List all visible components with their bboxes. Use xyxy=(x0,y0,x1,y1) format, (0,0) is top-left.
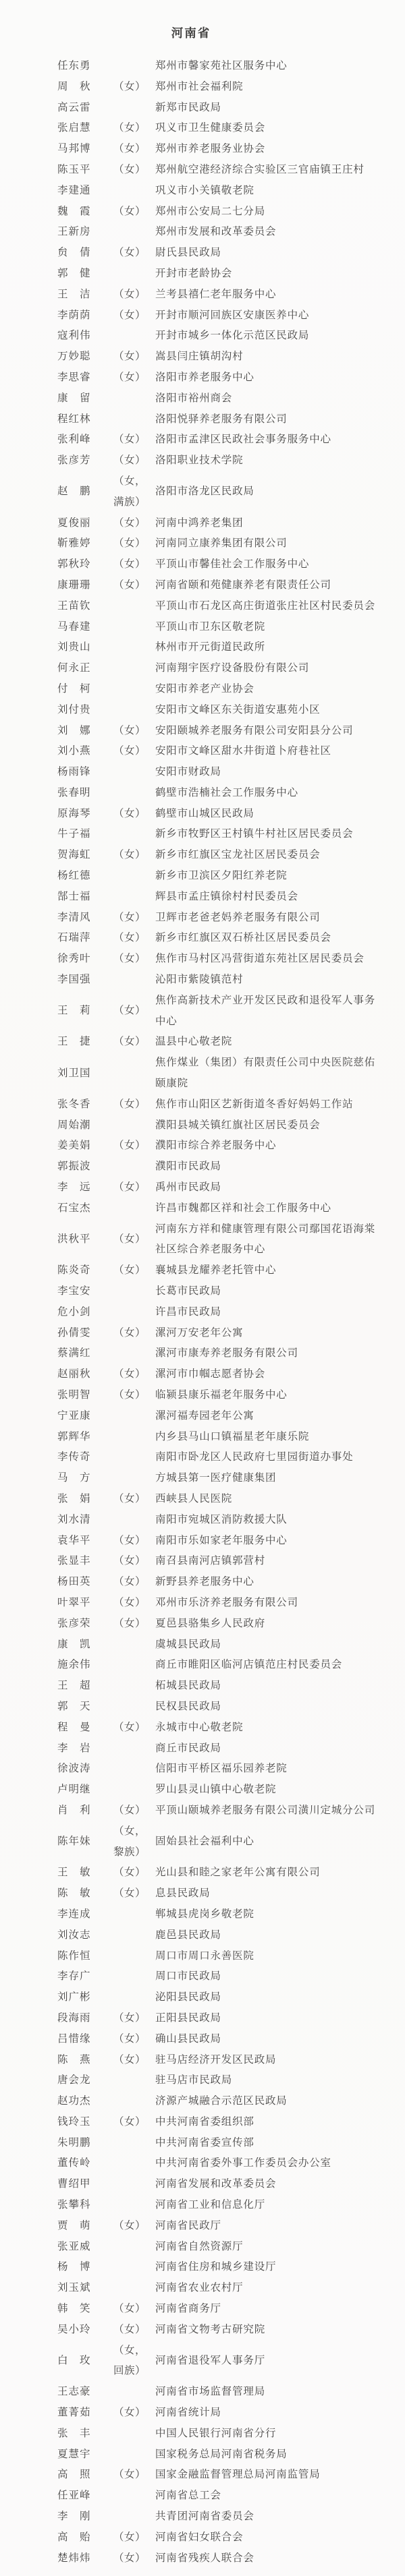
awardee-name: 靳雅婷 xyxy=(57,533,113,554)
awardee-name: 叶翠平 xyxy=(57,1593,113,1614)
awardee-name: 张彦芳 xyxy=(57,450,113,471)
awardee-row: 李传奇 南阳市卧龙区人民政府七里园街道办事处 xyxy=(57,1447,391,1468)
awardee-row: 杨 博 河南省住房和城乡建设厅 xyxy=(57,2257,391,2278)
awardee-row: 赵功杰 济源产城融合示范区民政局 xyxy=(57,2091,391,2112)
awardee-row: 张 娟 （女） 西峡县人民医院 xyxy=(57,1489,391,1510)
awardee-row: 高云雷 新郑市民政局 xyxy=(57,98,391,119)
gender-ethnicity-note: （女） xyxy=(113,450,155,471)
gender-ethnicity-note: （女） xyxy=(113,2299,155,2320)
awardee-name: 姜美娟 xyxy=(57,1136,113,1157)
awardee-name: 袁华平 xyxy=(57,1531,113,1552)
gender-ethnicity-note: （女） xyxy=(113,1883,155,1904)
awardee-org: 河南省市场监督管理局 xyxy=(155,2382,381,2403)
awardee-row: 吕惜缘 （女） 确山县民政局 xyxy=(57,2029,391,2050)
awardee-org: 安阳市文峰区东关街道安惠苑小区 xyxy=(155,700,381,721)
gender-ethnicity-note: （女） xyxy=(113,1863,155,1883)
gender-ethnicity-note: （女） xyxy=(113,1032,155,1053)
awardee-name: 张启慧 xyxy=(57,118,113,139)
awardee-org: 开封市顺河回族区安康医养中心 xyxy=(155,305,381,326)
awardee-org: 长葛市民政局 xyxy=(155,1281,381,1302)
awardee-org: 许昌市魏都区祥和社会工作服务中心 xyxy=(155,1198,381,1219)
awardee-row: 曹绍甲 河南省发展和改革委员会 xyxy=(57,2174,391,2195)
gender-ethnicity-note: （女） xyxy=(113,1489,155,1510)
gender-ethnicity-note: （女） xyxy=(113,118,155,139)
awardee-row: 钱玲玉 （女） 中共河南省委组织部 xyxy=(57,2112,391,2133)
awardee-org: 河南同立康养集团有限公司 xyxy=(155,533,381,554)
awardee-org: 中国人民银行河南省分行 xyxy=(155,2424,381,2445)
awardee-org: 罗山县灵山镇中心敬老院 xyxy=(155,1780,381,1801)
awardee-org: 郑州航空港经济综合实验区三官庙镇王庄村 xyxy=(155,160,381,181)
awardee-org: 平顶山市石龙区高庄街道张庄社区村民委员会 xyxy=(155,596,381,617)
awardee-name: 郭秋玲 xyxy=(57,554,113,575)
awardee-name: 肖 利 xyxy=(57,1801,113,1821)
awardee-row: 段海雨 （女） 正阳县民政局 xyxy=(57,2008,391,2029)
awardee-row: 张彦芳 （女） 洛阳职业技术学院 xyxy=(57,450,391,471)
awardee-row: 刘玉斌 河南省农业农村厅 xyxy=(57,2278,391,2299)
awardee-name: 郜士福 xyxy=(57,887,113,908)
gender-ethnicity-note: （女） xyxy=(113,368,155,388)
awardee-name: 张攀科 xyxy=(57,2195,113,2216)
awardee-row: 马春建 平顶山市卫东区敬老院 xyxy=(57,617,391,638)
gender-ethnicity-note: （女） xyxy=(113,1001,155,1022)
awardee-row: 陈玉平 （女） 郑州航空港经济综合实验区三官庙镇王庄村 xyxy=(57,160,391,181)
awardee-name: 石宝杰 xyxy=(57,1198,113,1219)
awardee-row: 李连成 郸城县虎岗乡敬老院 xyxy=(57,1904,391,1925)
awardee-row: 张 丰 中国人民银行河南省分行 xyxy=(57,2424,391,2445)
awardee-org: 郸城县虎岗乡敬老院 xyxy=(155,1904,381,1925)
awardee-org: 平顶山市卫东区敬老院 xyxy=(155,617,381,638)
awardee-row: 贾 萌 （女） 河南省民政厅 xyxy=(57,2216,391,2237)
awardee-name: 蔡满红 xyxy=(57,1343,113,1364)
awardee-org: 郑州市馨家苑社区服务中心 xyxy=(155,56,381,77)
awardee-name: 康 凯 xyxy=(57,1635,113,1656)
awardee-row: 康 留 洛阳市裕州商会 xyxy=(57,388,391,409)
awardee-org: 驻马店市民政局 xyxy=(155,2070,381,2091)
awardee-org: 河南省住房和城乡建设厅 xyxy=(155,2257,381,2278)
gender-ethnicity-note: （女） xyxy=(113,243,155,264)
awardee-org: 焦作高新技术产业开发区民政和退役军人事务中心 xyxy=(155,991,381,1032)
awardee-org: 郑州市社会福利院 xyxy=(155,77,381,98)
awardee-name: 康 留 xyxy=(57,388,113,409)
awardee-name: 贠 倩 xyxy=(57,243,113,264)
gender-ethnicity-note: （女） xyxy=(113,2029,155,2050)
awardee-name: 郭振波 xyxy=(57,1157,113,1177)
awardee-row: 蔡满红 漯河市康寿养老服务有限公司 xyxy=(57,1343,391,1364)
gender-ethnicity-note: （女） xyxy=(113,160,155,181)
awardee-name: 原海琴 xyxy=(57,804,113,825)
awardee-org: 河南翔宇医疗设备股份有限公司 xyxy=(155,658,381,679)
awardee-row: 郭 天 民权县民政局 xyxy=(57,1697,391,1718)
awardee-org: 开封市老龄协会 xyxy=(155,264,381,285)
awardee-org: 河南省民政厅 xyxy=(155,2216,381,2237)
awardee-org: 洛阳市养老服务中心 xyxy=(155,368,381,388)
awardee-org: 中共河南省委宣传部 xyxy=(155,2133,381,2154)
awardee-name: 周 秋 xyxy=(57,77,113,98)
awardee-org: 临颍县康乐福老年服务中心 xyxy=(155,1385,381,1406)
awardee-name: 郭辉华 xyxy=(57,1427,113,1448)
awardee-name: 陈炎奇 xyxy=(57,1260,113,1281)
awardee-row: 白 玫 （女， 回族） 河南省退役军人事务厅 xyxy=(57,2341,391,2382)
awardee-row: 陈作恒 周口市周口永善医院 xyxy=(57,1946,391,1967)
gender-ethnicity-note: （女） xyxy=(113,1323,155,1344)
awardee-org: 邓州市乐济养老服务有限公司 xyxy=(155,1593,381,1614)
awardee-row: 郭振波 濮阳市民政局 xyxy=(57,1157,391,1177)
awardee-name: 王 莉 xyxy=(57,1001,113,1022)
awardee-name: 王 洁 xyxy=(57,285,113,305)
awardee-org: 夏邑县骆集乡人民政府 xyxy=(155,1614,381,1635)
awardee-org: 中共河南省委组织部 xyxy=(155,2112,381,2133)
awardee-name: 陈年妹 xyxy=(57,1832,113,1852)
awardee-name: 杨红德 xyxy=(57,866,113,887)
awardee-org: 河南省颐和苑健康养老有限责任公司 xyxy=(155,575,381,596)
document-page: 河南省 任东勇 郑州市馨家苑社区服务中心 周 秋 （女） 郑州市社会福利院 高云… xyxy=(0,0,405,2576)
awardee-row: 朱明鹏 中共河南省委宣传部 xyxy=(57,2133,391,2154)
awardee-row: 付 柯 安阳市养老产业协会 xyxy=(57,679,391,700)
gender-ethnicity-note: （女） xyxy=(113,430,155,450)
awardee-org: 郑州市养老服务业协会 xyxy=(155,139,381,160)
awardee-org: 南阳市卧龙区人民政府七里园街道办事处 xyxy=(155,1447,381,1468)
awardee-org: 安阳颐城养老服务有限公司安阳县分公司 xyxy=(155,721,381,742)
awardee-name: 张春明 xyxy=(57,783,113,804)
awardee-org: 新乡市卫滨区夕阳红养老院 xyxy=(155,866,381,887)
awardee-row: 杨红德 新乡市卫滨区夕阳红养老院 xyxy=(57,866,391,887)
gender-ethnicity-note: （女） xyxy=(113,908,155,929)
awardee-name: 寇利伟 xyxy=(57,326,113,347)
awardee-name: 张 丰 xyxy=(57,2424,113,2445)
awardee-org: 漯河福寿园老年公寓 xyxy=(155,1406,381,1427)
awardee-row: 周始潮 濮阳县城关镇红旗社区居民委员会 xyxy=(57,1115,391,1136)
awardee-org: 周口市周口永善医院 xyxy=(155,1946,381,1967)
awardee-row: 寇利伟 开封市城乡一体化示范区民政局 xyxy=(57,326,391,347)
awardee-name: 卢明继 xyxy=(57,1780,113,1801)
awardee-org: 濮阳县城关镇红旗社区居民委员会 xyxy=(155,1115,381,1136)
gender-ethnicity-note: （女） xyxy=(113,1229,155,1250)
awardee-name: 吕惜缘 xyxy=(57,2029,113,2050)
awardee-org: 新野县养老服务中心 xyxy=(155,1572,381,1593)
awardee-name: 程 曼 xyxy=(57,1718,113,1738)
awardee-row: 李荫荫 （女） 开封市顺河回族区安康医养中心 xyxy=(57,305,391,326)
awardee-row: 卢明继 罗山县灵山镇中心敬老院 xyxy=(57,1780,391,1801)
awardee-org: 辉县市孟庄镇徐村村民委员会 xyxy=(155,887,381,908)
awardee-name: 刘 娜 xyxy=(57,721,113,742)
gender-ethnicity-note: （女） xyxy=(113,1801,155,1821)
gender-ethnicity-note: （女） xyxy=(113,1364,155,1385)
awardee-row: 刘贵山 林州市开元街道民政所 xyxy=(57,637,391,658)
awardee-name: 杨 博 xyxy=(57,2257,113,2278)
awardee-row: 万妙聪 （女） 嵩县闫庄镇胡沟村 xyxy=(57,347,391,368)
awardee-org: 许昌市民政局 xyxy=(155,1302,381,1323)
awardee-org: 濮阳市综合养老服务中心 xyxy=(155,1136,381,1157)
awardee-row: 刘汝志 鹿邑县民政局 xyxy=(57,1925,391,1946)
awardee-row: 孙倩雯 （女） 漯河万安老年公寓 xyxy=(57,1323,391,1344)
awardee-org: 河南省妇女联合会 xyxy=(155,2527,381,2548)
awardee-name: 曹绍甲 xyxy=(57,2174,113,2195)
awardee-name: 赵 鹏 xyxy=(57,481,113,502)
gender-ethnicity-note: （女） xyxy=(113,2050,155,2071)
awardee-row: 张显丰 （女） 南召县南河店镇郭营村 xyxy=(57,1551,391,1572)
awardee-name: 段海雨 xyxy=(57,2008,113,2029)
awardee-name: 程红林 xyxy=(57,409,113,430)
awardee-org: 焦作煤业（集团）有限责任公司中央医院慈佑颐康院 xyxy=(155,1053,381,1094)
gender-ethnicity-note: （女） xyxy=(113,1593,155,1614)
awardee-row: 郭秋玲 （女） 平顶山市馨佳社会工作服务中心 xyxy=(57,554,391,575)
awardee-name: 刘玉斌 xyxy=(57,2278,113,2299)
awardee-row: 李国强 沁阳市紫陵镇范村 xyxy=(57,970,391,991)
awardee-name: 刘付贵 xyxy=(57,700,113,721)
awardee-row: 洪秋平 （女） 河南东方祥和健康管理有限公司鄢国花语海棠社区综合养老服务中心 xyxy=(57,1219,391,1261)
awardee-name: 高云雷 xyxy=(57,98,113,119)
awardee-row: 张冬香 （女） 焦作市山阳区艺新街道冬香好妈妈工作站 xyxy=(57,1094,391,1115)
awardee-row: 王 莉 （女） 焦作高新技术产业开发区民政和退役军人事务中心 xyxy=(57,991,391,1032)
awardee-org: 河南省发展和改革委员会 xyxy=(155,2174,381,2195)
awardee-org: 鹤壁市浩楠社会工作服务中心 xyxy=(155,783,381,804)
awardee-row: 王苗钦 平顶山市石龙区高庄街道张庄社区村民委员会 xyxy=(57,596,391,617)
awardee-org: 河南中鸿养老集团 xyxy=(155,513,381,534)
awardee-name: 张亚威 xyxy=(57,2237,113,2258)
awardee-name: 王志豪 xyxy=(57,2382,113,2403)
awardee-org: 国家税务总局河南省税务局 xyxy=(155,2445,381,2465)
awardee-name: 王新房 xyxy=(57,222,113,243)
awardee-name: 李 岩 xyxy=(57,1738,113,1759)
awardee-row: 韩 笑 （女） 河南省商务厅 xyxy=(57,2299,391,2320)
gender-ethnicity-note: （女） xyxy=(113,949,155,970)
awardee-org: 虞城县民政局 xyxy=(155,1635,381,1656)
gender-ethnicity-note: （女） xyxy=(113,2465,155,2486)
awardee-name: 李连成 xyxy=(57,1904,113,1925)
awardee-row: 宁亚康 漯河福寿园老年公寓 xyxy=(57,1406,391,1427)
awardee-org: 河南省统计局 xyxy=(155,2403,381,2424)
awardee-name: 郭 天 xyxy=(57,1697,113,1718)
awardee-org: 息县民政局 xyxy=(155,1883,381,1904)
awardee-name: 吴小玲 xyxy=(57,2320,113,2341)
awardee-org: 鹿邑县民政局 xyxy=(155,1925,381,1946)
awardee-name: 王 捷 xyxy=(57,1032,113,1053)
awardee-row: 康 凯 虞城县民政局 xyxy=(57,1635,391,1656)
awardee-org: 内乡县马山口镇福星老年康乐院 xyxy=(155,1427,381,1448)
awardee-row: 牛子福 新乡市牧野区王村镇牛村社区居民委员会 xyxy=(57,824,391,845)
awardee-row: 董菁茹 （女） 河南省统计局 xyxy=(57,2403,391,2424)
awardee-name: 李清风 xyxy=(57,908,113,929)
awardee-org: 郑州市发展和改革委员会 xyxy=(155,222,381,243)
awardee-row: 原海琴 （女） 鹤壁市山城区民政局 xyxy=(57,804,391,825)
awardee-name: 刘卫国 xyxy=(57,1063,113,1084)
awardee-name: 唐会龙 xyxy=(57,2070,113,2091)
gender-ethnicity-note: （女） xyxy=(113,1531,155,1552)
gender-ethnicity-note: （女） xyxy=(113,845,155,866)
awardee-name: 陈 燕 xyxy=(57,2050,113,2071)
awardee-name: 刘广彬 xyxy=(57,1987,113,2008)
awardee-org: 信阳市平桥区福乐园养老院 xyxy=(155,1759,381,1780)
awardee-row: 夏俊丽 （女） 河南中鸿养老集团 xyxy=(57,513,391,534)
awardee-org: 南阳市宛城区消防救援大队 xyxy=(155,1510,381,1531)
awardee-row: 李建通 巩义市小关镇敬老院 xyxy=(57,181,391,202)
awardee-name: 张 娟 xyxy=(57,1489,113,1510)
awardee-row: 程 曼 （女） 永城市中心敬老院 xyxy=(57,1718,391,1738)
awardee-name: 朱明鹏 xyxy=(57,2133,113,2154)
gender-ethnicity-note: （女） xyxy=(113,928,155,949)
awardee-name: 任东勇 xyxy=(57,56,113,77)
awardee-org: 巩义市卫生健康委员会 xyxy=(155,118,381,139)
awardee-org: 中共河南省委外事工作委员会办公室 xyxy=(155,2153,381,2174)
awardee-row: 贠 倩 （女） 尉氏县民政局 xyxy=(57,243,391,264)
awardee-org: 洛阳市裕州商会 xyxy=(155,388,381,409)
awardee-org: 永城市中心敬老院 xyxy=(155,1718,381,1738)
awardee-name: 马邦博 xyxy=(57,139,113,160)
gender-ethnicity-note: （女， 黎族） xyxy=(113,1821,155,1863)
awardee-org: 安阳市文峰区甜水井街道卜府巷社区 xyxy=(155,741,381,762)
gender-ethnicity-note: （女） xyxy=(113,2008,155,2029)
gender-ethnicity-note: （女， 回族） xyxy=(113,2341,155,2382)
awardee-name: 刘水清 xyxy=(57,1510,113,1531)
awardee-org: 商丘市睢阳区临河店镇范庄村民委员会 xyxy=(155,1655,381,1676)
awardee-name: 董菁茹 xyxy=(57,2403,113,2424)
awardee-row: 姜美娟 （女） 濮阳市综合养老服务中心 xyxy=(57,1136,391,1157)
gender-ethnicity-note: （女） xyxy=(113,741,155,762)
awardee-row: 李 远 （女） 禹州市民政局 xyxy=(57,1177,391,1198)
awardee-row: 刘卫国 焦作煤业（集团）有限责任公司中央医院慈佑颐康院 xyxy=(57,1053,391,1094)
awardee-name: 楚炜炜 xyxy=(57,2548,113,2569)
awardee-org: 河南省自然资源厅 xyxy=(155,2237,381,2258)
awardee-row: 马 方 方城县第一医疗健康集团 xyxy=(57,1468,391,1489)
awardee-org: 国家金融监督管理总局河南监管局 xyxy=(155,2465,381,2486)
awardee-name: 魏 霞 xyxy=(57,202,113,223)
awardee-org: 漯河万安老年公寓 xyxy=(155,1323,381,1344)
awardee-row: 肖 利 （女） 平顶山颐城养老服务有限公司潢川定城分公司 xyxy=(57,1801,391,1821)
awardee-name: 牛子福 xyxy=(57,824,113,845)
awardee-org: 焦作市马村区冯营街道东苑社区居民委员会 xyxy=(155,949,381,970)
gender-ethnicity-note: （女） xyxy=(113,1260,155,1281)
gender-ethnicity-note: （女） xyxy=(113,721,155,742)
awardee-name: 周始潮 xyxy=(57,1115,113,1136)
awardee-org: 开封市城乡一体化示范区民政局 xyxy=(155,326,381,347)
gender-ethnicity-note: （女） xyxy=(113,1551,155,1572)
awardee-name: 王 敏 xyxy=(57,1863,113,1883)
awardee-row: 郭辉华 内乡县马山口镇福星老年康乐院 xyxy=(57,1427,391,1448)
awardee-row: 程红林 洛阳悦驿养老服务有限公司 xyxy=(57,409,391,430)
awardee-row: 赵 鹏 （女， 满族） 洛阳市洛龙区民政局 xyxy=(57,471,391,513)
awardee-name: 付 柯 xyxy=(57,679,113,700)
gender-ethnicity-note: （女） xyxy=(113,533,155,554)
awardee-row: 李思睿 （女） 洛阳市养老服务中心 xyxy=(57,368,391,388)
awardee-row: 张启慧 （女） 巩义市卫生健康委员会 xyxy=(57,118,391,139)
awardee-org: 沁阳市紫陵镇范村 xyxy=(155,970,381,991)
awardee-org: 林州市开元街道民政所 xyxy=(155,637,381,658)
awardee-row: 靳雅婷 （女） 河南同立康养集团有限公司 xyxy=(57,533,391,554)
awardee-name: 夏慧宇 xyxy=(57,2445,113,2465)
awardee-name: 李荫荫 xyxy=(57,305,113,326)
awardee-row: 张攀科 河南省工业和信息化厅 xyxy=(57,2195,391,2216)
awardee-org: 河南东方祥和健康管理有限公司鄢国花语海棠社区综合养老服务中心 xyxy=(155,1219,381,1261)
awardee-org: 共青团河南省委员会 xyxy=(155,2507,381,2527)
gender-ethnicity-note: （女） xyxy=(113,285,155,305)
awardee-org: 焦作市山阳区艺新街道冬香好妈妈工作站 xyxy=(155,1094,381,1115)
awardee-org: 固始县社会福利中心 xyxy=(155,1832,381,1852)
awardee-org: 漯河市康寿养老服务有限公司 xyxy=(155,1343,381,1364)
gender-ethnicity-note: （女） xyxy=(113,2216,155,2237)
gender-ethnicity-note: （女） xyxy=(113,202,155,223)
awardee-row: 杨雨锋 安阳市财政局 xyxy=(57,762,391,783)
awardee-name: 高 贻 xyxy=(57,2527,113,2548)
awardee-org: 禹州市民政局 xyxy=(155,1177,381,1198)
awardee-name: 李宝安 xyxy=(57,1281,113,1302)
awardee-org: 洛阳悦驿养老服务有限公司 xyxy=(155,409,381,430)
awardee-row: 张春明 鹤壁市浩楠社会工作服务中心 xyxy=(57,783,391,804)
awardee-row: 陈 燕 （女） 驻马店经济开发区民政局 xyxy=(57,2050,391,2071)
awardee-row: 楚炜炜 （女） 河南省残疾人联合会 xyxy=(57,2548,391,2569)
awardee-name: 郭 健 xyxy=(57,264,113,285)
awardee-row: 徐秀叶 （女） 焦作市马村区冯营街道东苑社区居民委员会 xyxy=(57,949,391,970)
gender-ethnicity-note: （女） xyxy=(113,1572,155,1593)
awardee-row: 危小剑 许昌市民政局 xyxy=(57,1302,391,1323)
awardee-org: 济源产城融合示范区民政局 xyxy=(155,2091,381,2112)
awardee-row: 石宝杰 许昌市魏都区祥和社会工作服务中心 xyxy=(57,1198,391,1219)
awardee-name: 杨雨锋 xyxy=(57,762,113,783)
awardee-row: 陈炎奇 （女） 襄城县龙耀养老托管中心 xyxy=(57,1260,391,1281)
awardee-org: 新郑市民政局 xyxy=(155,98,381,119)
awardee-org: 漯河市巾帼志愿者协会 xyxy=(155,1364,381,1385)
awardee-name: 洪秋平 xyxy=(57,1229,113,1250)
awardee-name: 贾 萌 xyxy=(57,2216,113,2237)
awardee-row: 李 刚 共青团河南省委员会 xyxy=(57,2507,391,2527)
awardee-org: 驻马店经济开发区民政局 xyxy=(155,2050,381,2071)
awardee-name: 马 方 xyxy=(57,1468,113,1489)
gender-ethnicity-note: （女） xyxy=(113,1136,155,1157)
awardee-org: 河南省退役军人事务厅 xyxy=(155,2351,381,2372)
awardee-name: 李建通 xyxy=(57,181,113,202)
awardee-org: 安阳市养老产业协会 xyxy=(155,679,381,700)
awardee-org: 襄城县龙耀养老托管中心 xyxy=(155,1260,381,1281)
awardee-name: 李 远 xyxy=(57,1177,113,1198)
awardee-row: 郭 健 开封市老龄协会 xyxy=(57,264,391,285)
awardee-org: 洛阳市洛龙区民政局 xyxy=(155,481,381,502)
awardee-name: 张冬香 xyxy=(57,1094,113,1115)
awardee-row: 张利峰 （女） 洛阳市孟津区民政社会事务服务中心 xyxy=(57,430,391,450)
gender-ethnicity-note: （女） xyxy=(113,347,155,368)
awardee-name: 高 照 xyxy=(57,2465,113,2486)
awardee-org: 平顶山市馨佳社会工作服务中心 xyxy=(155,554,381,575)
awardee-row: 施余伟 商丘市睢阳区临河店镇范庄村民委员会 xyxy=(57,1655,391,1676)
awardee-row: 康珊珊 （女） 河南省颐和苑健康养老有限责任公司 xyxy=(57,575,391,596)
awardee-row: 周 秋 （女） 郑州市社会福利院 xyxy=(57,77,391,98)
awardee-name: 陈作恒 xyxy=(57,1946,113,1967)
awardee-row: 刘 娜 （女） 安阳颐城养老服务有限公司安阳县分公司 xyxy=(57,721,391,742)
awardee-row: 刘小燕 （女） 安阳市文峰区甜水井街道卜府巷社区 xyxy=(57,741,391,762)
awardee-name: 张彦荣 xyxy=(57,1614,113,1635)
awardee-org: 濮阳市民政局 xyxy=(155,1157,381,1177)
awardee-row: 李 岩 商丘市民政局 xyxy=(57,1738,391,1759)
awardee-name: 杨田英 xyxy=(57,1572,113,1593)
awardee-name: 任亚峰 xyxy=(57,2486,113,2507)
awardee-name: 陈玉平 xyxy=(57,160,113,181)
awardee-name: 施余伟 xyxy=(57,1655,113,1676)
awardee-row: 高 贻 （女） 河南省妇女联合会 xyxy=(57,2527,391,2548)
awardee-name: 王苗钦 xyxy=(57,596,113,617)
awardee-row: 吴小玲 （女） 河南省文物考古研究院 xyxy=(57,2320,391,2341)
awardee-name: 宁亚康 xyxy=(57,1406,113,1427)
gender-ethnicity-note: （女） xyxy=(113,1177,155,1198)
awardee-org: 新乡市红旗区双石桥社区居民委员会 xyxy=(155,928,381,949)
awardee-name: 徐秀叶 xyxy=(57,949,113,970)
awardee-row: 郜士福 辉县市孟庄镇徐村村民委员会 xyxy=(57,887,391,908)
gender-ethnicity-note: （女， 满族） xyxy=(113,471,155,513)
gender-ethnicity-note: （女） xyxy=(113,1094,155,1115)
awardee-row: 陈 敏 （女） 息县民政局 xyxy=(57,1883,391,1904)
awardee-org: 尉氏县民政局 xyxy=(155,243,381,264)
awardee-org: 河南省总工会 xyxy=(155,2486,381,2507)
awardee-org: 柘城县民政局 xyxy=(155,1676,381,1697)
awardee-name: 李 刚 xyxy=(57,2507,113,2527)
awardee-org: 确山县民政局 xyxy=(155,2029,381,2050)
